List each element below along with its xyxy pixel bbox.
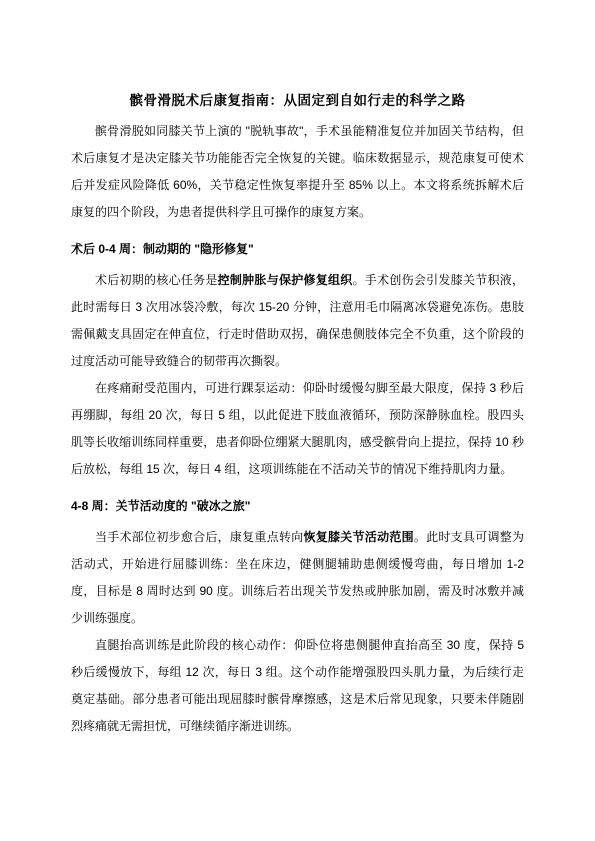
text-run: 当手术部位初步愈合后，康复重点转向 [95, 530, 303, 544]
section-heading-weeks-0-4: 术后 0-4 周：制动期的 "隐形修复" [71, 236, 524, 263]
document-page: 髌骨滑脱术后康复指南：从固定到自如行走的科学之路 髌骨滑脱如同膝关节上演的 "脱… [0, 0, 595, 841]
text-run: 。此时支具可调整为活动式，开始进行屈膝训练：坐在床边，健侧腿辅助患侧缓慢弯曲，每… [71, 530, 524, 625]
section2-paragraph-1: 当手术部位初步愈合后，康复重点转向恢复膝关节活动范围。此时支具可调整为活动式，开… [71, 524, 524, 632]
document-title: 髌骨滑脱术后康复指南：从固定到自如行走的科学之路 [71, 87, 524, 114]
intro-paragraph: 髌骨滑脱如同膝关节上演的 "脱轨事故"，手术虽能精准复位并加固关节结构，但术后康… [71, 118, 524, 226]
bold-text-run: 控制肿胀与保护修复组织 [218, 273, 353, 287]
section1-paragraph-1: 术后初期的核心任务是控制肿胀与保护修复组织。手术创伤会引发膝关节积液，此时需每日… [71, 267, 524, 375]
section2-paragraph-2: 直腿抬高训练是此阶段的核心动作：仰卧位将患侧腿伸直抬高至 30 度，保持 5 秒… [71, 632, 524, 740]
text-run: 术后初期的核心任务是 [95, 273, 218, 287]
section-heading-weeks-4-8: 4-8 周：关节活动度的 "破冰之旅" [71, 493, 524, 520]
section1-paragraph-2: 在疼痛耐受范围内，可进行踝泵运动：仰卧时缓慢勾脚至最大限度，保持 3 秒后再绷脚… [71, 375, 524, 483]
bold-text-run: 恢复膝关节活动范围 [303, 530, 413, 544]
text-run: 在疼痛耐受范围内，可进行踝泵运动：仰卧时缓慢勾脚至最大限度，保持 3 秒后再绷脚… [71, 381, 524, 476]
text-run: 。手术创伤会引发膝关节积液，此时需每日 3 次用冰袋冷敷，每次 15-20 分钟… [71, 273, 524, 368]
text-run: 髌骨滑脱如同膝关节上演的 "脱轨事故"，手术虽能精准复位并加固关节结构，但术后康… [71, 124, 524, 219]
text-run: 直腿抬高训练是此阶段的核心动作：仰卧位将患侧腿伸直抬高至 30 度，保持 5 秒… [71, 638, 524, 733]
